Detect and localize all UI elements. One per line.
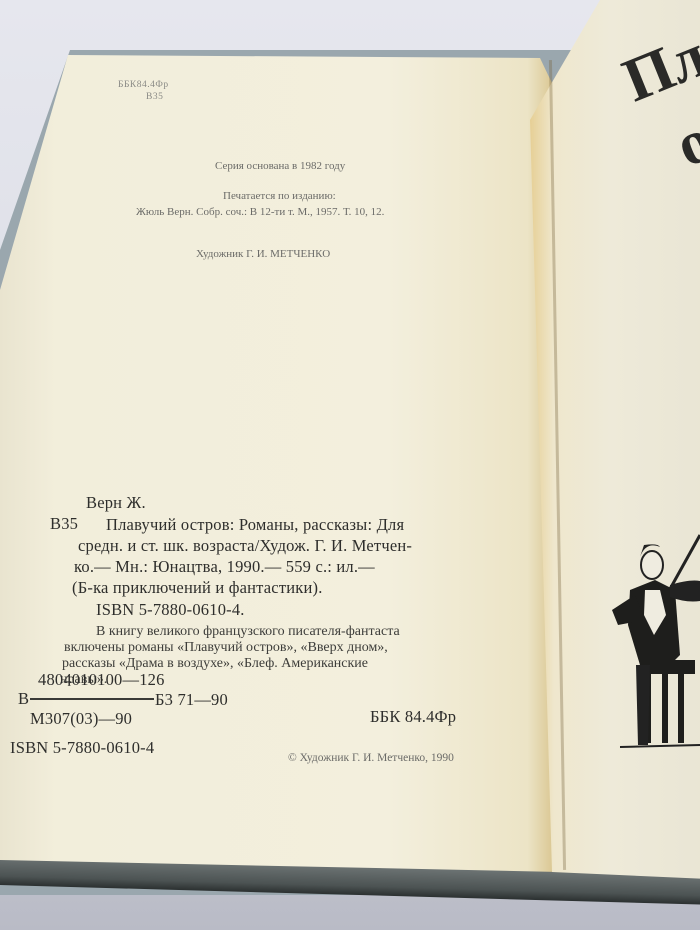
index-suffix: Б3 71—90 [155, 690, 228, 710]
index-numerator: 4804010100—126 [38, 670, 165, 690]
catalog-isbn: ISBN 5-7880-0610-4. [96, 600, 245, 620]
catalog-line: ко.— Мн.: Юнацтва, 1990.— 559 с.: ил.— [74, 557, 375, 577]
printed-by-label: Печатается по изданию: [223, 190, 336, 202]
artist-line: Художник Г. И. МЕТЧЕНКО [196, 248, 330, 260]
index-letter: В [18, 689, 29, 709]
catalog-line: (Б-ка приключений и фантастики). [72, 578, 323, 598]
annotation-line: В книгу великого французского писателя-ф… [96, 624, 400, 640]
copyright-line: © Художник Г. И. Метченко, 1990 [288, 752, 454, 764]
catalog-line: Плавучий остров: Романы, рассказы: Для [106, 515, 404, 535]
annotation-line: включены романы «Плавучий остров», «Ввер… [64, 640, 388, 656]
series-note: Серия основана в 1982 году [215, 160, 345, 172]
printed-by-source: Жюль Верн. Собр. соч.: В 12-ти т. М., 19… [136, 206, 384, 218]
isbn-bottom: ISBN 5-7880-0610-4 [10, 738, 154, 758]
author-mark-top: В35 [146, 92, 163, 102]
index-fraction-line [30, 698, 154, 700]
catalog-code: В35 [50, 514, 78, 534]
catalog-line: средн. и ст. шк. возраста/Худож. Г. И. М… [78, 536, 412, 556]
left-page [0, 0, 555, 930]
index-denominator: М307(03)—90 [30, 709, 132, 729]
catalog-author: Верн Ж. [86, 493, 146, 513]
bbk-code-top: ББК84.4Фр [118, 80, 169, 90]
bbk-code: ББК 84.4Фр [370, 707, 456, 727]
violinist-illustration [600, 495, 700, 755]
